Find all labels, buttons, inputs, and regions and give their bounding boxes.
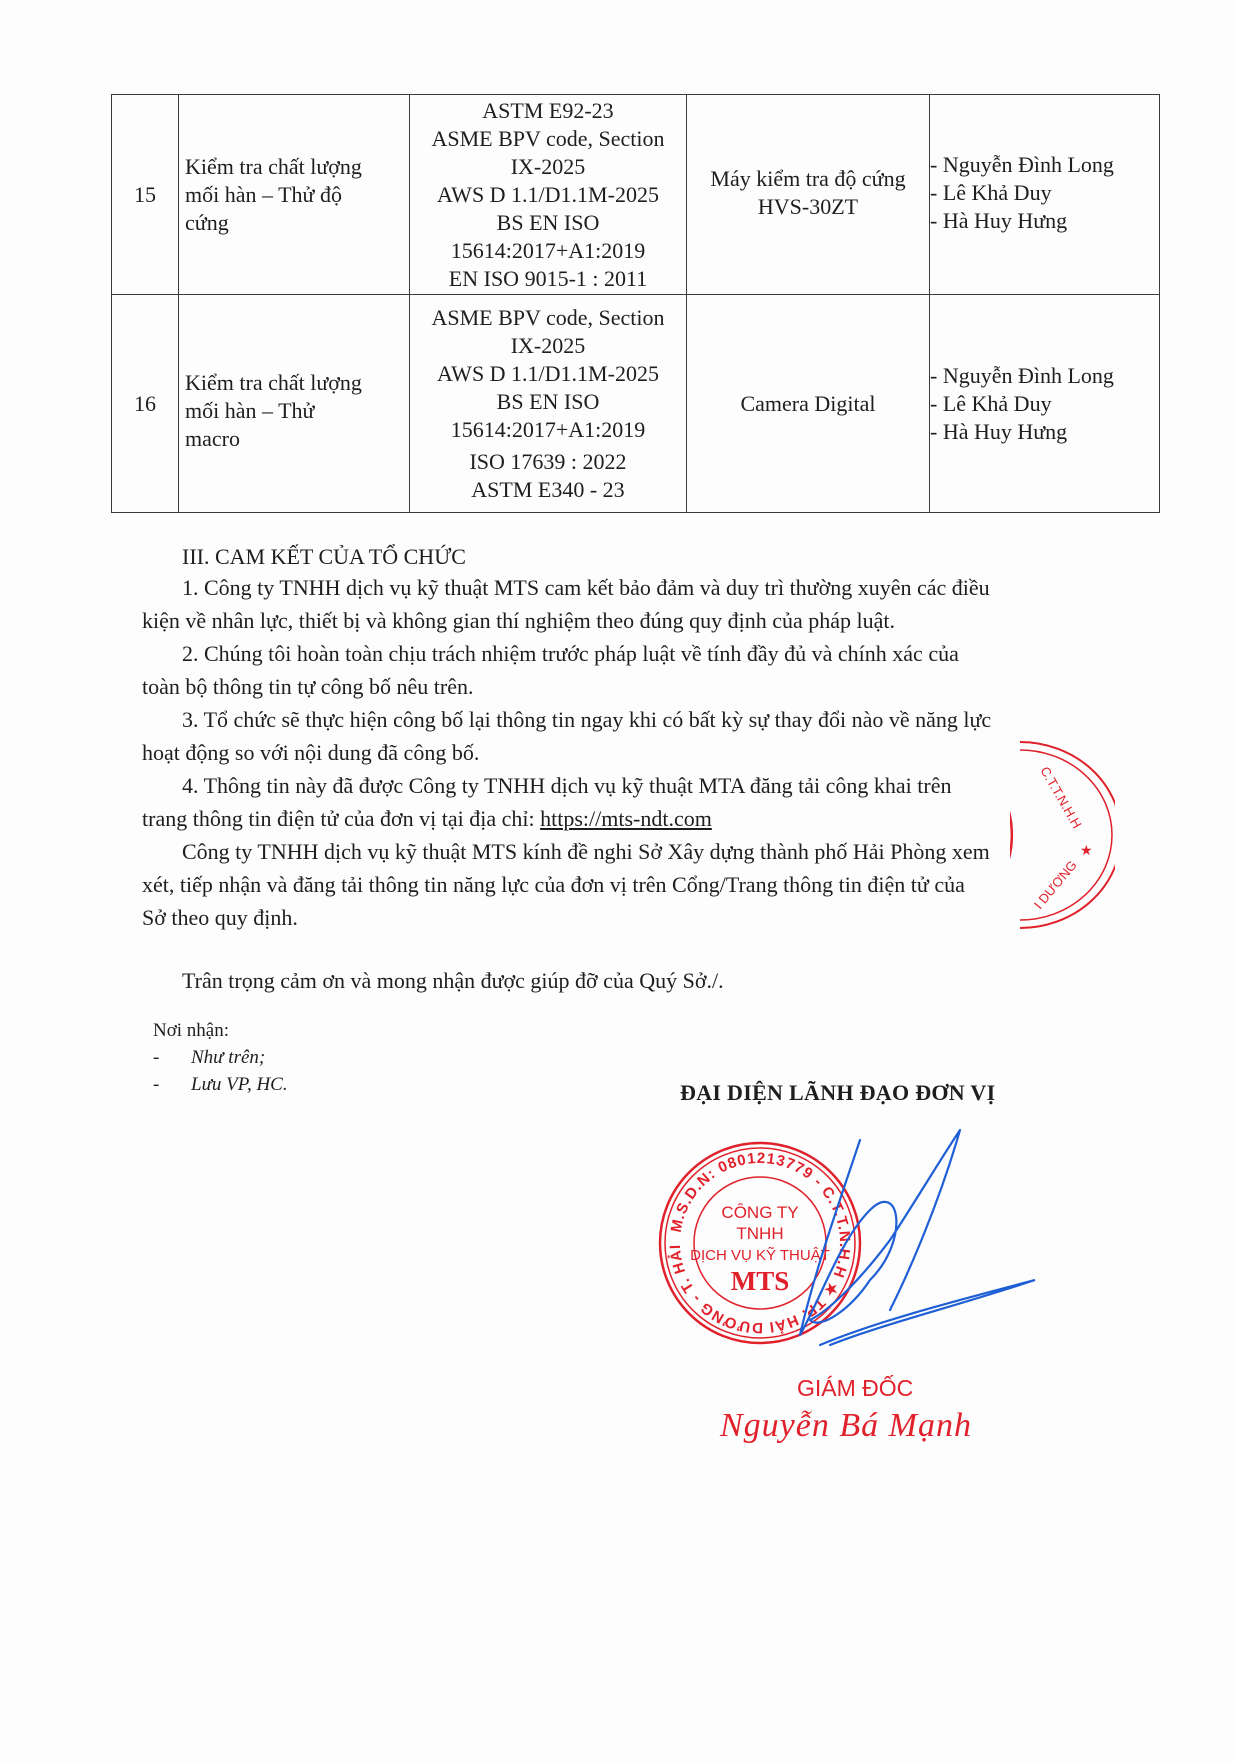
request-line: Công ty TNHH dịch vụ kỹ thuật MTS kính đ… bbox=[182, 835, 990, 868]
request-line: xét, tiếp nhận và đăng tải thông tin năn… bbox=[142, 868, 965, 901]
standard: 15614:2017+A1:2019 bbox=[412, 416, 684, 444]
standard: ASME BPV code, Section bbox=[412, 304, 684, 332]
test-name: Kiểm tra chất lượng mối hàn – Thử độ cứn… bbox=[179, 95, 410, 295]
test-name-line: Kiểm tra chất lượng bbox=[185, 153, 407, 181]
standards-cell: ASME BPV code, Section IX-2025 AWS D 1.1… bbox=[410, 295, 687, 513]
standard: AWS D 1.1/D1.1M-2025 bbox=[412, 181, 684, 209]
table-row: 15 Kiểm tra chất lượng mối hàn – Thử độ … bbox=[112, 95, 1160, 295]
test-name-line: mối hàn – Thử bbox=[185, 397, 407, 425]
recipient-text: Như trên; bbox=[191, 1045, 265, 1071]
commitment-line: kiện về nhân lực, thiết bị và không gian… bbox=[142, 604, 895, 637]
representative-title: ĐẠI DIỆN LÃNH ĐẠO ĐƠN VỊ bbox=[680, 1080, 995, 1106]
table-row: 16 Kiểm tra chất lượng mối hàn – Thử mac… bbox=[112, 295, 1160, 513]
recipients-label: Nơi nhận: bbox=[153, 1018, 229, 1044]
standard: AWS D 1.1/D1.1M-2025 bbox=[412, 360, 684, 388]
signer-name: Nguyễn Bá Mạnh bbox=[720, 1407, 972, 1445]
test-name-line: cứng bbox=[185, 209, 407, 237]
commitment-line: 2. Chúng tôi hoàn toàn chịu trách nhiệm … bbox=[182, 637, 959, 670]
commitment-line: 3. Tổ chức sẽ thực hiện công bố lại thôn… bbox=[182, 703, 991, 736]
standard: 15614:2017+A1:2019 bbox=[412, 237, 684, 265]
handwritten-signature-icon bbox=[760, 1120, 1060, 1350]
equipment-cell: Camera Digital bbox=[687, 295, 930, 513]
bullet: - bbox=[153, 1074, 159, 1095]
recipient-text: Lưu VP, HC. bbox=[191, 1072, 288, 1098]
thanks-line: Trân trọng cảm ơn và mong nhận được giúp… bbox=[182, 964, 724, 997]
commitment-line: trang thông tin điện tử của đơn vị tại đ… bbox=[142, 802, 712, 835]
staff-member: - Lê Khả Duy bbox=[930, 179, 1157, 207]
standard: EN ISO 9015-1 : 2011 bbox=[412, 265, 684, 293]
staff-member: - Nguyễn Đình Long bbox=[930, 362, 1157, 390]
staff-member: - Hà Huy Hưng bbox=[930, 418, 1157, 446]
standard: ASME BPV code, Section bbox=[412, 125, 684, 153]
standard: BS EN ISO bbox=[412, 388, 684, 416]
standards-cell: ASTM E92-23 ASME BPV code, Section IX-20… bbox=[410, 95, 687, 295]
row-number: 16 bbox=[112, 295, 179, 513]
standard: IX-2025 bbox=[412, 332, 684, 360]
website-link[interactable]: https://mts-ndt.com bbox=[540, 806, 712, 831]
recipient-item: - Lưu VP, HC. bbox=[153, 1072, 159, 1098]
recipient-item: - Như trên; bbox=[153, 1045, 159, 1071]
equipment-line: Máy kiểm tra độ cứng bbox=[689, 165, 927, 193]
commitment-line: 1. Công ty TNHH dịch vụ kỹ thuật MTS cam… bbox=[182, 571, 990, 604]
standard: ASTM E340 - 23 bbox=[412, 476, 684, 504]
section-heading: III. CAM KẾT CỦA TỔ CHỨC bbox=[182, 540, 466, 573]
staff-member: - Hà Huy Hưng bbox=[930, 207, 1157, 235]
request-line: Sở theo quy định. bbox=[142, 901, 298, 934]
standard: ISO 17639 : 2022 bbox=[412, 448, 684, 476]
commitment-line: toàn bộ thông tin tự công bố nêu trên. bbox=[142, 670, 473, 703]
svg-text:I DƯƠNG: I DƯƠNG bbox=[1031, 858, 1080, 912]
bullet: - bbox=[153, 1047, 159, 1068]
svg-text:C.T.T.N.H.H: C.T.T.N.H.H bbox=[1037, 764, 1084, 831]
standard: IX-2025 bbox=[412, 153, 684, 181]
staff-member: - Lê Khả Duy bbox=[930, 390, 1157, 418]
staff-cell: - Nguyễn Đình Long - Lê Khả Duy - Hà Huy… bbox=[930, 95, 1160, 295]
commitment-text: trang thông tin điện tử của đơn vị tại đ… bbox=[142, 806, 540, 831]
test-name-line: Kiểm tra chất lượng bbox=[185, 369, 407, 397]
standard: ASTM E92-23 bbox=[412, 97, 684, 125]
capability-table: 15 Kiểm tra chất lượng mối hàn – Thử độ … bbox=[111, 94, 1160, 513]
test-name: Kiểm tra chất lượng mối hàn – Thử macro bbox=[179, 295, 410, 513]
partial-stamp-icon: C.T.T.N.H.H ★ I DƯƠNG bbox=[1010, 740, 1115, 930]
equipment-line: Camera Digital bbox=[689, 390, 927, 418]
staff-cell: - Nguyễn Đình Long - Lê Khả Duy - Hà Huy… bbox=[930, 295, 1160, 513]
staff-member: - Nguyễn Đình Long bbox=[930, 151, 1157, 179]
test-name-line: mối hàn – Thử độ bbox=[185, 181, 407, 209]
equipment-line: HVS-30ZT bbox=[689, 193, 927, 221]
equipment-cell: Máy kiểm tra độ cứng HVS-30ZT bbox=[687, 95, 930, 295]
standard: BS EN ISO bbox=[412, 209, 684, 237]
commitment-line: hoạt động so với nội dung đã công bố. bbox=[142, 736, 479, 769]
svg-text:★: ★ bbox=[1080, 842, 1093, 858]
signer-role: GIÁM ĐỐC bbox=[797, 1375, 913, 1402]
row-number: 15 bbox=[112, 95, 179, 295]
commitment-line: 4. Thông tin này đã được Công ty TNHH dị… bbox=[182, 769, 951, 802]
test-name-line: macro bbox=[185, 425, 407, 453]
